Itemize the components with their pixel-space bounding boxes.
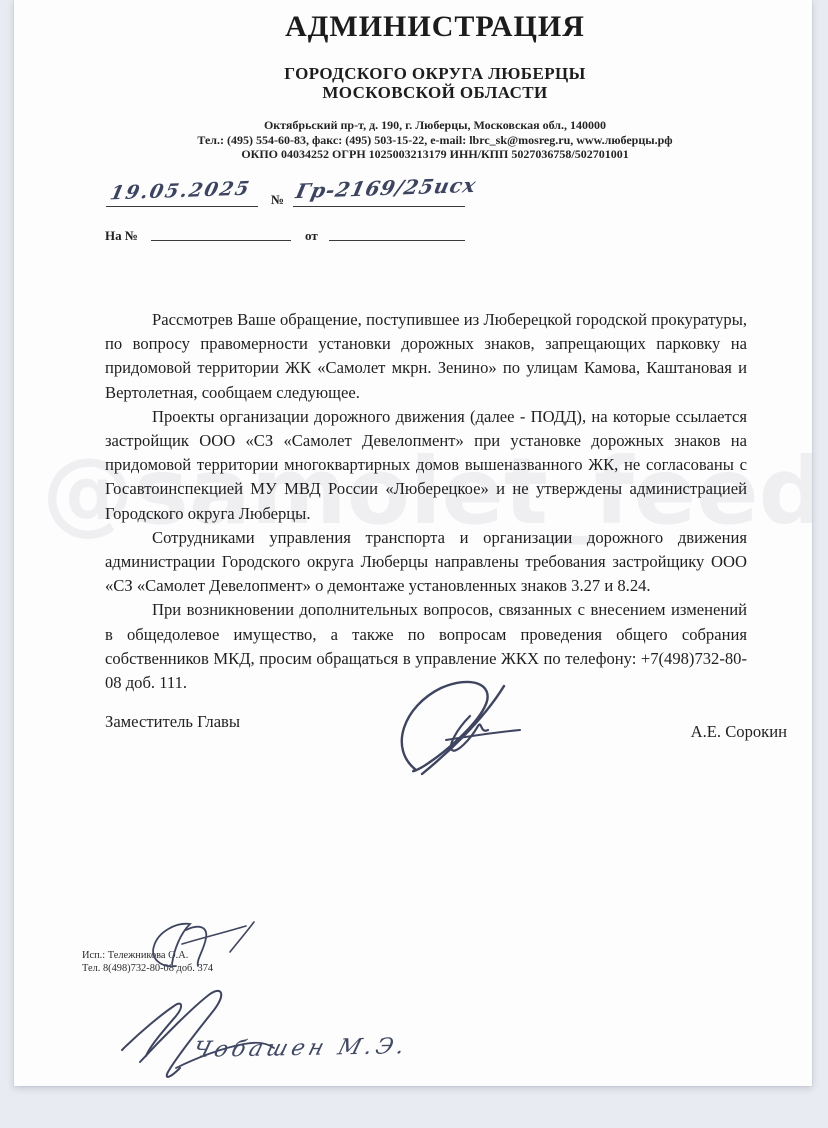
incoming-number-label: На № (105, 228, 138, 244)
date-underline (106, 206, 258, 207)
handwritten-doc-number: Гр-2169/25исх (294, 173, 479, 203)
signature-executor-stroke (142, 916, 262, 978)
handwritten-date: 19.05.2025 (108, 178, 253, 205)
handwritten-name-note: Чобашен М.Э. (190, 1034, 411, 1063)
signatory-name: А.Е. Сорокин (691, 722, 787, 742)
body-paragraph: Рассмотрев Ваше обращение, поступившее и… (105, 308, 747, 405)
signatory-position: Заместитель Главы (105, 712, 240, 732)
document-page: @samolet_feed АДМИНИСТРАЦИЯ ГОРОДСКОГО О… (14, 0, 812, 1086)
letterhead: АДМИНИСТРАЦИЯ ГОРОДСКОГО ОКРУГА ЛЮБЕРЦЫ … (105, 10, 765, 162)
signature-main-stroke (386, 678, 536, 778)
org-contact-block: Октябрьский пр-т, д. 190, г. Люберцы, Мо… (105, 118, 765, 162)
page-title: АДМИНИСТРАЦИЯ (105, 10, 765, 44)
org-address: Октябрьский пр-т, д. 190, г. Люберцы, Мо… (105, 118, 765, 133)
from-date-underline (329, 240, 465, 241)
number-underline (293, 206, 465, 207)
org-subtitle-line2: МОСКОВСКОЙ ОБЛАСТИ (105, 83, 765, 102)
screenshot-root: { "header": { "title": "АДМИНИСТРАЦИЯ", … (0, 0, 828, 1128)
from-date-label: от (305, 228, 318, 244)
reference-block: 19.05.2025 № Гр-2169/25исх На № от (105, 178, 505, 246)
org-registration-codes: ОКПО 04034252 ОГРН 1025003213179 ИНН/КПП… (105, 147, 765, 162)
incoming-number-underline (151, 240, 291, 241)
body-paragraph: Сотрудниками управления транспорта и орг… (105, 526, 747, 599)
org-phone-email: Тел.: (495) 554-60-83, факс: (495) 503-1… (105, 133, 765, 148)
number-sign-label: № (271, 192, 284, 208)
body-paragraph: Проекты организации дорожного движения (… (105, 405, 747, 526)
signature-bottom-stroke (110, 988, 280, 1083)
incoming-ref-row: На № от (105, 226, 505, 246)
letter-body: Рассмотрев Ваше обращение, поступившее и… (105, 308, 747, 695)
org-subtitle-line1: ГОРОДСКОГО ОКРУГА ЛЮБЕРЦЫ (105, 64, 765, 83)
date-number-row: 19.05.2025 № Гр-2169/25исх (105, 178, 505, 212)
